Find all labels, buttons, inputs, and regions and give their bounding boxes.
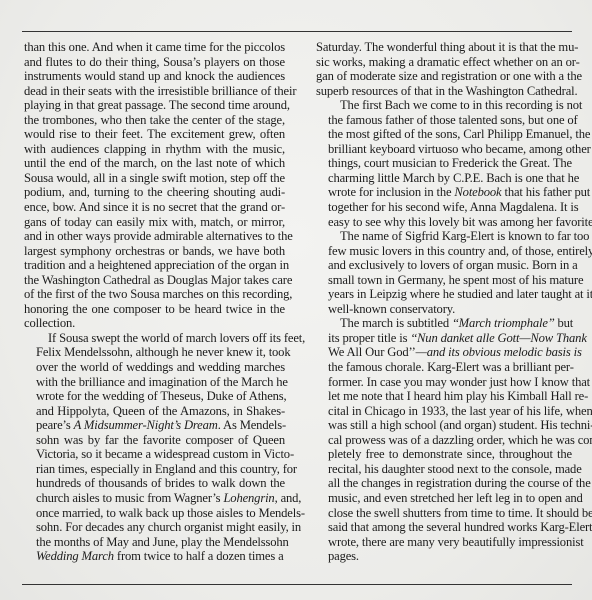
text-line: said that among the several hundred work… (316, 520, 572, 535)
text-line: its proper title is ‘‘Nun danket alle Go… (316, 331, 572, 346)
text-line: until the end of the march, on the last … (24, 156, 285, 171)
bottom-rule (22, 584, 572, 585)
text-line: charming little March by C.P.E. Bach is … (316, 171, 572, 186)
text-line: and flutes to do their thing, Sousa’s pl… (24, 55, 285, 70)
text-line: with audiences clapping in rhythm with t… (24, 142, 285, 157)
text-line: superb resources of that in the Washingt… (316, 84, 572, 99)
text-line: rian times, especially in England and th… (24, 462, 285, 477)
text-line: The march is subtitled ‘‘March triomphal… (316, 316, 572, 331)
text-line: instruments would stand up and knock the… (24, 69, 285, 84)
text-line: dead in their seats with the irresistibl… (24, 84, 285, 99)
text-line: Wedding March from twice to half a dozen… (24, 549, 285, 564)
italic-title: ‘‘March triomphale’’ (452, 316, 555, 330)
text-line: all the changes in registration during t… (316, 476, 572, 491)
text-line: the famous father of those talented sons… (316, 113, 572, 128)
text-line: and exclusively to lovers of organ music… (316, 258, 572, 273)
text-line: Sousa would, all in a single swift motio… (24, 171, 285, 186)
paragraph: The name of Sigfrid Karg-Elert is known … (316, 229, 572, 316)
text-line: sohn was by far the favorite composer of… (24, 433, 285, 448)
text-line: hundreds of thousands of brides to walk … (24, 476, 285, 491)
text-line: largest symphony orchestras or bands, we… (24, 244, 285, 259)
text-line: would rise to their feet. The excitement… (24, 127, 285, 142)
text-line: things, court musician to Frederick the … (316, 156, 572, 171)
text-line: gans of today can easily mix with, match… (24, 215, 285, 230)
text-line: with the brilliance and imagination of t… (24, 375, 285, 390)
text-line: small town in Germany, he spent most of … (316, 273, 572, 288)
text-line: The first Bach we come to in this record… (316, 98, 572, 113)
text-line: the months of May and June, play the Men… (24, 535, 285, 550)
text-line: If Sousa swept the world of march lovers… (24, 331, 285, 346)
text-line: The name of Sigfrid Karg-Elert is known … (316, 229, 572, 244)
text-line: wrote for inclusion in the Notebook that… (316, 185, 572, 200)
text-line: church aisles to music from Wagner’s Loh… (24, 491, 285, 506)
text-line: the Washington Cathedral as Douglas Majo… (24, 273, 285, 288)
text-line: sic works, making a dramatic effect whet… (316, 55, 572, 70)
text-line: podium, and, turning to the cheering sho… (24, 185, 285, 200)
text-line: wrote, there are many very beautifully i… (316, 535, 572, 550)
text-line: easy to see why this lovely bit was amon… (316, 215, 572, 230)
text-line: of the first of the two Sousa marches on… (24, 287, 285, 302)
italic-title: —and its obvious melodic basis is (416, 345, 582, 359)
italic-title: A Midsummer-Night’s Dream (74, 418, 218, 432)
left-column: than this one. And when it came time for… (24, 40, 285, 564)
text-line: well-known conservatory. (316, 302, 572, 317)
text-line: honoring the one composer to be heard tw… (24, 302, 285, 317)
text-line: was still a high school (and organ) stud… (316, 418, 572, 433)
text-line: former. In case you may wonder just how … (316, 375, 572, 390)
paragraph: The march is subtitled ‘‘March triomphal… (316, 316, 572, 563)
text-line: over the world of weddings and wedding m… (24, 360, 285, 375)
text-line: pages. (316, 549, 572, 564)
text-line: ence, bow. And since it is no secret tha… (24, 200, 285, 215)
text-line: Felix Mendelssohn, although he never kne… (24, 345, 285, 360)
text-line: sohn. For decades any church organist mi… (24, 520, 285, 535)
text-line: once married, to walk back up those aisl… (24, 506, 285, 521)
text-line: the famous chorale. Karg-Elert was a bri… (316, 360, 572, 375)
text-line: years in Leipzig where he studied and la… (316, 287, 572, 302)
text-line: tradition and a heightened appreciation … (24, 258, 285, 273)
text-line: the trombones, who then take the center … (24, 113, 285, 128)
paragraph: Saturday. The wonderful thing about it i… (316, 40, 572, 98)
top-rule (22, 31, 572, 32)
text-line: cal prowess was of a dazzling order, whi… (316, 433, 572, 448)
paragraph: The first Bach we come to in this record… (316, 98, 572, 229)
text-line: music, and even stretched her left leg i… (316, 491, 572, 506)
text-line: gan of moderate size and registration or… (316, 69, 572, 84)
text-line: few music lovers in this country and, of… (316, 244, 572, 259)
text-line: wrote for the wedding of Theseus, Duke o… (24, 389, 285, 404)
booklet-page: than this one. And when it came time for… (0, 0, 592, 600)
text-line: brilliant keyboard virtuoso who became, … (316, 142, 572, 157)
right-column: Saturday. The wonderful thing about it i… (316, 40, 572, 564)
italic-title: ‘‘Nun danket alle Gott—Now Thank (410, 331, 586, 345)
text-line: peare’s A Midsummer-Night’s Dream. As Me… (24, 418, 285, 433)
text-line: and in other ways provide admirable alte… (24, 229, 285, 244)
text-line: pletely free to demonstrate since, throu… (316, 447, 572, 462)
text-line: together for his second wife, Anna Magda… (316, 200, 572, 215)
text-line: recital, his daughter stood next to the … (316, 462, 572, 477)
text-line: cital in Chicago in 1933, the last year … (316, 404, 572, 419)
text-line: Victoria, so it became a widespread cust… (24, 447, 285, 462)
italic-title: Wedding March (36, 549, 114, 563)
text-line: and Hippolyta, Queen of the Amazons, in … (24, 404, 285, 419)
text-line: Saturday. The wonderful thing about it i… (316, 40, 572, 55)
text-line: close the swell shutters from time to ti… (316, 506, 572, 521)
text-line: let me note that I heard him play his Ki… (316, 389, 572, 404)
text-line: We All Our God’’—and its obvious melodic… (316, 345, 572, 360)
text-line: collection. (24, 316, 285, 331)
text-line: than this one. And when it came time for… (24, 40, 285, 55)
paragraph: than this one. And when it came time for… (24, 40, 285, 331)
italic-title: Lohengrin (223, 491, 274, 505)
text-line: the most gifted of the sons, Carl Philip… (316, 127, 572, 142)
italic-title: Notebook (454, 185, 501, 199)
paragraph: If Sousa swept the world of march lovers… (24, 331, 285, 564)
text-line: playing in that great passage. The secon… (24, 98, 285, 113)
